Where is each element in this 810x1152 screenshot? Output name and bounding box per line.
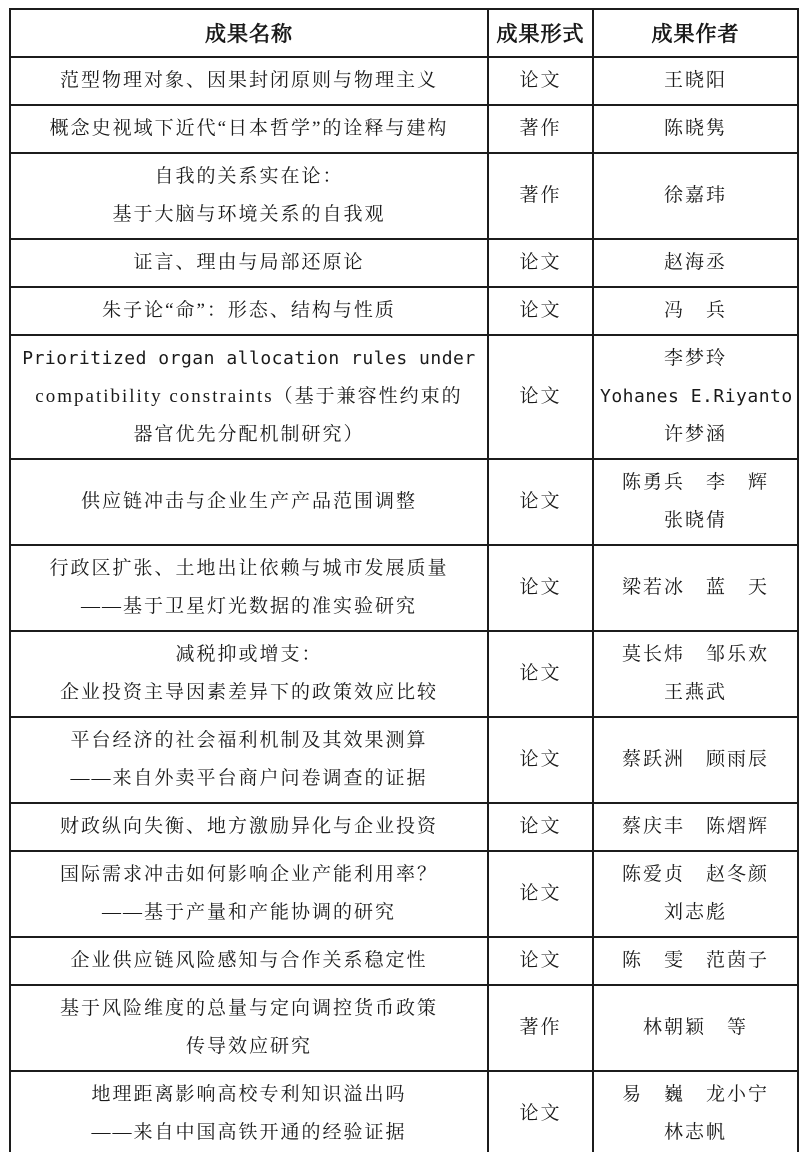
name-cell: 自我的关系实在论：基于大脑与环境关系的自我观 [10, 153, 488, 239]
author-cell: 陈 雯 范茵子 [593, 937, 798, 985]
author-line: 王燕武 [600, 674, 791, 712]
author-line: 刘志彪 [600, 894, 791, 932]
author-cell: 徐嘉玮 [593, 153, 798, 239]
form-cell: 论文 [488, 459, 593, 545]
table-row: 证言、理由与局部还原论论文赵海丞 [10, 239, 798, 287]
author-line: 林朝颖 等 [600, 1009, 791, 1047]
author-line: 蔡庆丰 陈熠辉 [600, 808, 791, 846]
name-line: 国际需求冲击如何影响企业产能利用率？ [17, 856, 481, 894]
form-cell: 论文 [488, 1071, 593, 1152]
name-cell: 范型物理对象、因果封闭原则与物理主义 [10, 57, 488, 105]
table-body: 范型物理对象、因果封闭原则与物理主义论文王晓阳概念史视域下近代“日本哲学”的诠释… [10, 57, 798, 1152]
name-line: 器官优先分配机制研究） [17, 416, 481, 454]
name-line: 减税抑或增支： [17, 636, 481, 674]
name-line: 传导效应研究 [17, 1028, 481, 1066]
author-line: 莫长炜 邹乐欢 [600, 636, 791, 674]
name-cell: 证言、理由与局部还原论 [10, 239, 488, 287]
author-line: 李梦玲 [600, 340, 791, 378]
name-line: 概念史视域下近代“日本哲学”的诠释与建构 [17, 110, 481, 148]
name-line: 自我的关系实在论： [17, 158, 481, 196]
form-cell: 论文 [488, 631, 593, 717]
name-line: 企业供应链风险感知与合作关系稳定性 [17, 942, 481, 980]
name-cell: 企业供应链风险感知与合作关系稳定性 [10, 937, 488, 985]
author-line: 林志帆 [600, 1114, 791, 1152]
name-line: 朱子论“命”：形态、结构与性质 [17, 292, 481, 330]
author-cell: 陈勇兵 李 辉张晓倩 [593, 459, 798, 545]
name-line: 地理距离影响高校专利知识溢出吗 [17, 1076, 481, 1114]
table-row: 地理距离影响高校专利知识溢出吗——来自中国高铁开通的经验证据论文易 巍 龙小宁林… [10, 1071, 798, 1152]
table-row: Prioritized organ allocation rules under… [10, 335, 798, 459]
form-cell: 论文 [488, 335, 593, 459]
achievements-table-container: 成果名称 成果形式 成果作者 范型物理对象、因果封闭原则与物理主义论文王晓阳概念… [9, 8, 799, 1152]
author-line: 赵海丞 [600, 244, 791, 282]
achievements-table: 成果名称 成果形式 成果作者 范型物理对象、因果封闭原则与物理主义论文王晓阳概念… [9, 8, 799, 1152]
author-cell: 莫长炜 邹乐欢王燕武 [593, 631, 798, 717]
author-line: 冯 兵 [600, 292, 791, 330]
author-cell: 赵海丞 [593, 239, 798, 287]
form-cell: 论文 [488, 803, 593, 851]
table-header: 成果名称 成果形式 成果作者 [10, 9, 798, 57]
table-row: 朱子论“命”：形态、结构与性质论文冯 兵 [10, 287, 798, 335]
table-row: 概念史视域下近代“日本哲学”的诠释与建构著作陈晓隽 [10, 105, 798, 153]
form-cell: 论文 [488, 57, 593, 105]
name-line: Prioritized organ allocation rules under [17, 340, 481, 378]
name-cell: 国际需求冲击如何影响企业产能利用率？——基于产量和产能协调的研究 [10, 851, 488, 937]
name-line: compatibility constraints（基于兼容性约束的 [17, 378, 481, 416]
form-cell: 论文 [488, 851, 593, 937]
form-cell: 论文 [488, 717, 593, 803]
name-line: 基于大脑与环境关系的自我观 [17, 196, 481, 234]
name-line: 行政区扩张、土地出让依赖与城市发展质量 [17, 550, 481, 588]
author-line: 陈爱贞 赵冬颜 [600, 856, 791, 894]
name-line: ——基于卫星灯光数据的准实验研究 [17, 588, 481, 626]
table-row: 减税抑或增支：企业投资主导因素差异下的政策效应比较论文莫长炜 邹乐欢王燕武 [10, 631, 798, 717]
name-cell: 地理距离影响高校专利知识溢出吗——来自中国高铁开通的经验证据 [10, 1071, 488, 1152]
author-cell: 蔡跃洲 顾雨辰 [593, 717, 798, 803]
table-row: 基于风险维度的总量与定向调控货币政策传导效应研究著作林朝颖 等 [10, 985, 798, 1071]
form-cell: 著作 [488, 105, 593, 153]
name-line: ——基于产量和产能协调的研究 [17, 894, 481, 932]
author-line: 蔡跃洲 顾雨辰 [600, 741, 791, 779]
name-line: 证言、理由与局部还原论 [17, 244, 481, 282]
header-row: 成果名称 成果形式 成果作者 [10, 9, 798, 57]
name-cell: Prioritized organ allocation rules under… [10, 335, 488, 459]
table-row: 国际需求冲击如何影响企业产能利用率？——基于产量和产能协调的研究论文陈爱贞 赵冬… [10, 851, 798, 937]
table-row: 行政区扩张、土地出让依赖与城市发展质量——基于卫星灯光数据的准实验研究论文梁若冰… [10, 545, 798, 631]
name-cell: 行政区扩张、土地出让依赖与城市发展质量——基于卫星灯光数据的准实验研究 [10, 545, 488, 631]
column-header-name: 成果名称 [10, 9, 488, 57]
form-cell: 论文 [488, 287, 593, 335]
name-line: ——来自外卖平台商户问卷调查的证据 [17, 760, 481, 798]
name-cell: 减税抑或增支：企业投资主导因素差异下的政策效应比较 [10, 631, 488, 717]
author-cell: 王晓阳 [593, 57, 798, 105]
table-row: 自我的关系实在论：基于大脑与环境关系的自我观著作徐嘉玮 [10, 153, 798, 239]
author-line: 易 巍 龙小宁 [600, 1076, 791, 1114]
name-cell: 供应链冲击与企业生产产品范围调整 [10, 459, 488, 545]
name-line: 财政纵向失衡、地方激励异化与企业投资 [17, 808, 481, 846]
author-cell: 冯 兵 [593, 287, 798, 335]
author-line: 张晓倩 [600, 502, 791, 540]
form-cell: 著作 [488, 985, 593, 1071]
name-line: 基于风险维度的总量与定向调控货币政策 [17, 990, 481, 1028]
table-row: 企业供应链风险感知与合作关系稳定性论文陈 雯 范茵子 [10, 937, 798, 985]
author-line: 梁若冰 蓝 天 [600, 569, 791, 607]
name-cell: 朱子论“命”：形态、结构与性质 [10, 287, 488, 335]
table-row: 范型物理对象、因果封闭原则与物理主义论文王晓阳 [10, 57, 798, 105]
column-header-form: 成果形式 [488, 9, 593, 57]
table-row: 平台经济的社会福利机制及其效果测算——来自外卖平台商户问卷调查的证据论文蔡跃洲 … [10, 717, 798, 803]
name-line: 平台经济的社会福利机制及其效果测算 [17, 722, 481, 760]
name-cell: 财政纵向失衡、地方激励异化与企业投资 [10, 803, 488, 851]
author-line: Yohanes E.Riyanto [600, 378, 791, 416]
author-line: 陈晓隽 [600, 110, 791, 148]
name-line: 企业投资主导因素差异下的政策效应比较 [17, 674, 481, 712]
author-line: 陈勇兵 李 辉 [600, 464, 791, 502]
column-header-author: 成果作者 [593, 9, 798, 57]
name-cell: 基于风险维度的总量与定向调控货币政策传导效应研究 [10, 985, 488, 1071]
author-cell: 陈爱贞 赵冬颜刘志彪 [593, 851, 798, 937]
author-cell: 蔡庆丰 陈熠辉 [593, 803, 798, 851]
author-line: 王晓阳 [600, 62, 791, 100]
name-line: 范型物理对象、因果封闭原则与物理主义 [17, 62, 481, 100]
name-cell: 平台经济的社会福利机制及其效果测算——来自外卖平台商户问卷调查的证据 [10, 717, 488, 803]
author-line: 徐嘉玮 [600, 177, 791, 215]
table-row: 财政纵向失衡、地方激励异化与企业投资论文蔡庆丰 陈熠辉 [10, 803, 798, 851]
form-cell: 论文 [488, 239, 593, 287]
table-row: 供应链冲击与企业生产产品范围调整论文陈勇兵 李 辉张晓倩 [10, 459, 798, 545]
name-cell: 概念史视域下近代“日本哲学”的诠释与建构 [10, 105, 488, 153]
name-line: ——来自中国高铁开通的经验证据 [17, 1114, 481, 1152]
form-cell: 论文 [488, 545, 593, 631]
author-cell: 易 巍 龙小宁林志帆 [593, 1071, 798, 1152]
author-line: 许梦涵 [600, 416, 791, 454]
form-cell: 著作 [488, 153, 593, 239]
author-cell: 陈晓隽 [593, 105, 798, 153]
author-cell: 梁若冰 蓝 天 [593, 545, 798, 631]
name-line: 供应链冲击与企业生产产品范围调整 [17, 483, 481, 521]
author-line: 陈 雯 范茵子 [600, 942, 791, 980]
author-cell: 林朝颖 等 [593, 985, 798, 1071]
author-cell: 李梦玲Yohanes E.Riyanto许梦涵 [593, 335, 798, 459]
form-cell: 论文 [488, 937, 593, 985]
